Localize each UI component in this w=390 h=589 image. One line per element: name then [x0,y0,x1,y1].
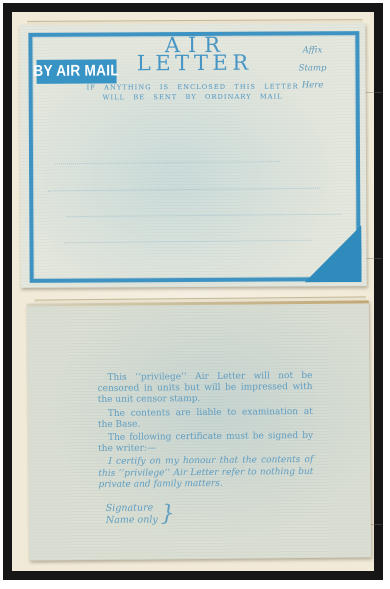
air-letter-front: BY AIR MAIL AIR LETTER IF ANYTHING IS EN… [19,23,366,288]
censor-instructions: This ‘‘privilege’’ Air Letter will not b… [97,371,313,526]
affix-stamp-here: Affix Stamp Here [281,42,343,95]
scanned-air-letter-photo: BY AIR MAIL AIR LETTER IF ANYTHING IS EN… [0,0,390,589]
signature-label: Signature [106,502,158,514]
contents-paragraph: The contents are liable to examination a… [98,407,313,431]
affix-line-3: Here [282,77,344,95]
paper-fold-edge [27,300,369,306]
scan-artifact-line [364,92,382,93]
signature-labels: Signature Name only [106,502,158,525]
air-letter-back: This ‘‘privilege’’ Air Letter will not b… [27,300,371,560]
name-only-label: Name only [106,514,158,526]
certificate-paragraph: I certify on my honour that the contents… [98,455,313,491]
signature-block: Signature Name only } [106,501,314,526]
affix-line-2: Stamp [282,60,344,78]
certificate-intro-paragraph: The following certificate must be signed… [98,431,313,455]
affix-line-1: Affix [281,42,343,60]
censor-paragraph: This ‘‘privilege’’ Air Letter will not b… [97,371,312,407]
signature-brace: } [161,503,175,525]
